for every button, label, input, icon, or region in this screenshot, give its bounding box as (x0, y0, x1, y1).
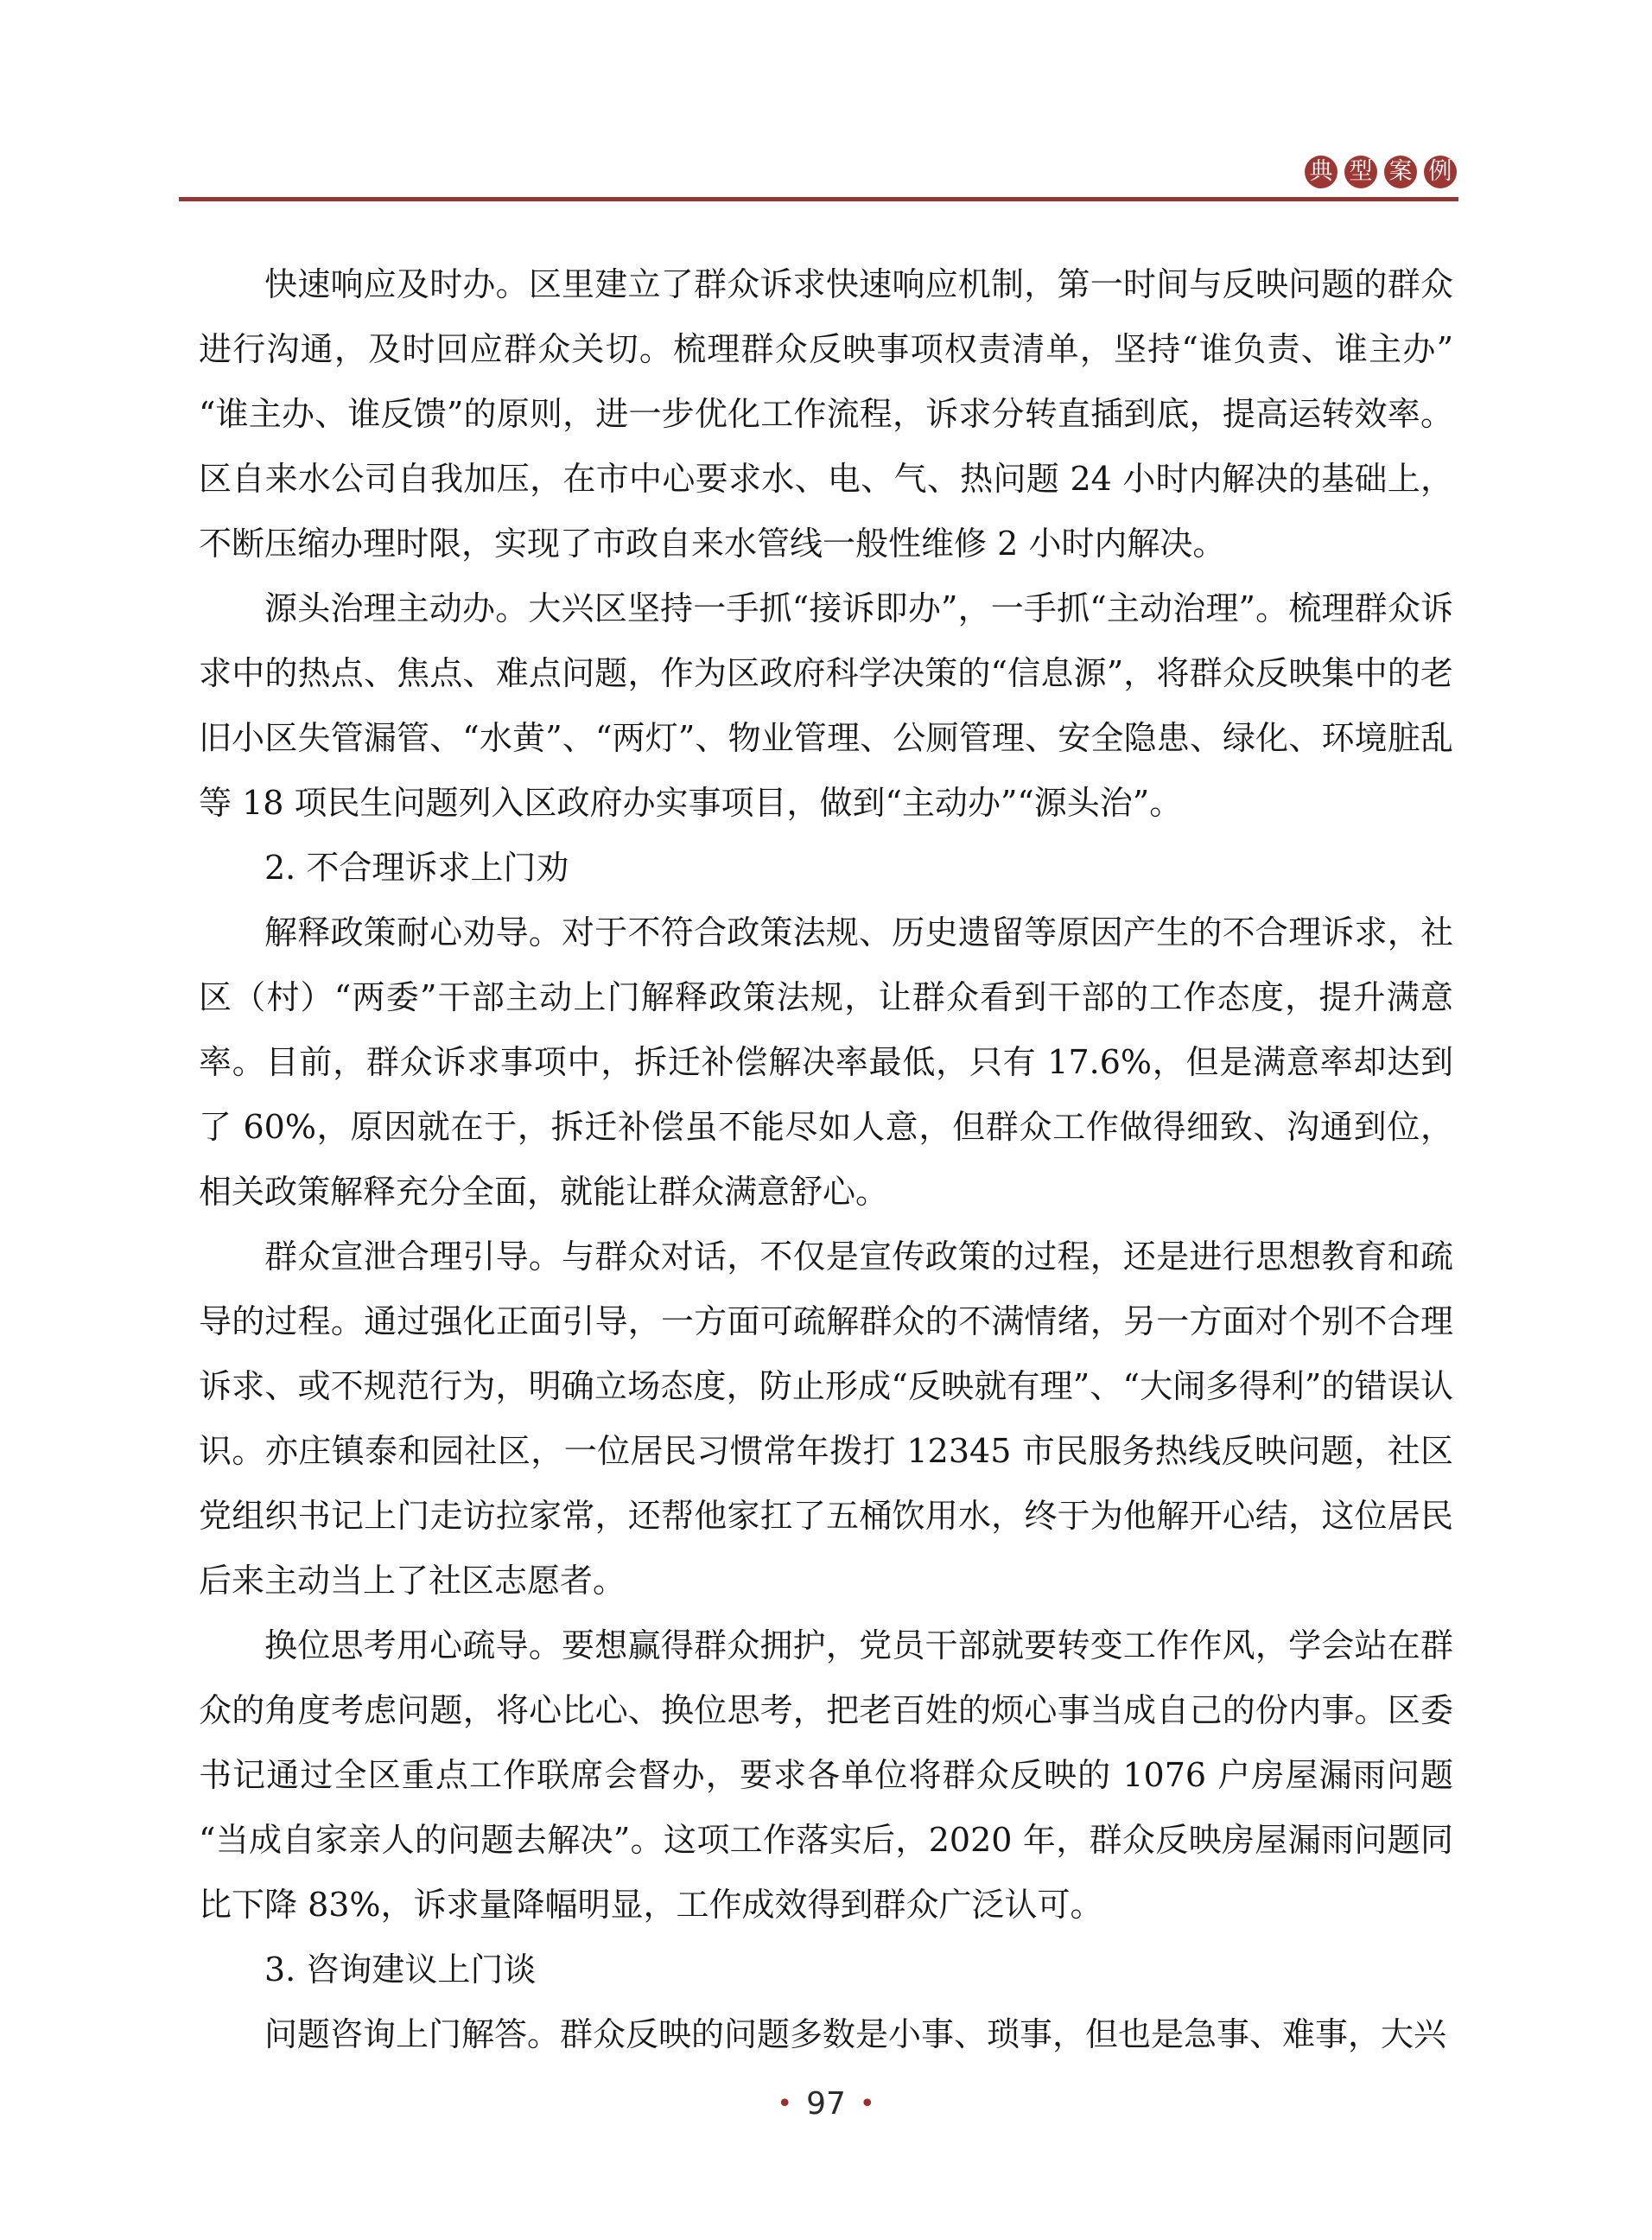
page-footer: •97• (0, 2086, 1652, 2122)
header-title-badges: 典 型 案 例 (1305, 156, 1457, 188)
footer-dot-left: • (777, 2089, 792, 2119)
paragraph: 问题咨询上门解答。群众反映的问题多数是小事、琐事，但也是急事、难事，大兴 (199, 2002, 1453, 2067)
header-badge-char: 典 (1305, 156, 1337, 188)
header-badge-char: 例 (1424, 156, 1457, 188)
paragraph: 群众宣泄合理引导。与群众对话，不仅是宣传政策的过程，还是进行思想教育和疏导的过程… (199, 1225, 1453, 1613)
body-text: 快速响应及时办。区里建立了群众诉求快速响应机制，第一时间与反映问题的群众进行沟通… (199, 252, 1453, 2067)
footer-dot-right: • (860, 2089, 875, 2119)
document-page: 典 型 案 例 快速响应及时办。区里建立了群众诉求快速响应机制，第一时间与反映问… (0, 0, 1652, 2240)
paragraph: 换位思考用心疏导。要想赢得群众拥护，党员干部就要转变工作作风，学会站在群众的角度… (199, 1613, 1453, 1938)
header-badge-char: 型 (1344, 156, 1377, 188)
section-heading: 2. 不合理诉求上门劝 (199, 836, 1453, 900)
paragraph: 解释政策耐心劝导。对于不符合政策法规、历史遗留等原因产生的不合理诉求，社区（村）… (199, 900, 1453, 1225)
footer-page-number: 97 (806, 2086, 846, 2122)
paragraph: 源头治理主动办。大兴区坚持一手抓“接诉即办”，一手抓“主动治理”。梳理群众诉求中… (199, 576, 1453, 836)
header-badge-char: 案 (1384, 156, 1417, 188)
paragraph: 快速响应及时办。区里建立了群众诉求快速响应机制，第一时间与反映问题的群众进行沟通… (199, 252, 1453, 576)
header-divider-line (179, 197, 1458, 201)
section-heading: 3. 咨询建议上门谈 (199, 1938, 1453, 2002)
